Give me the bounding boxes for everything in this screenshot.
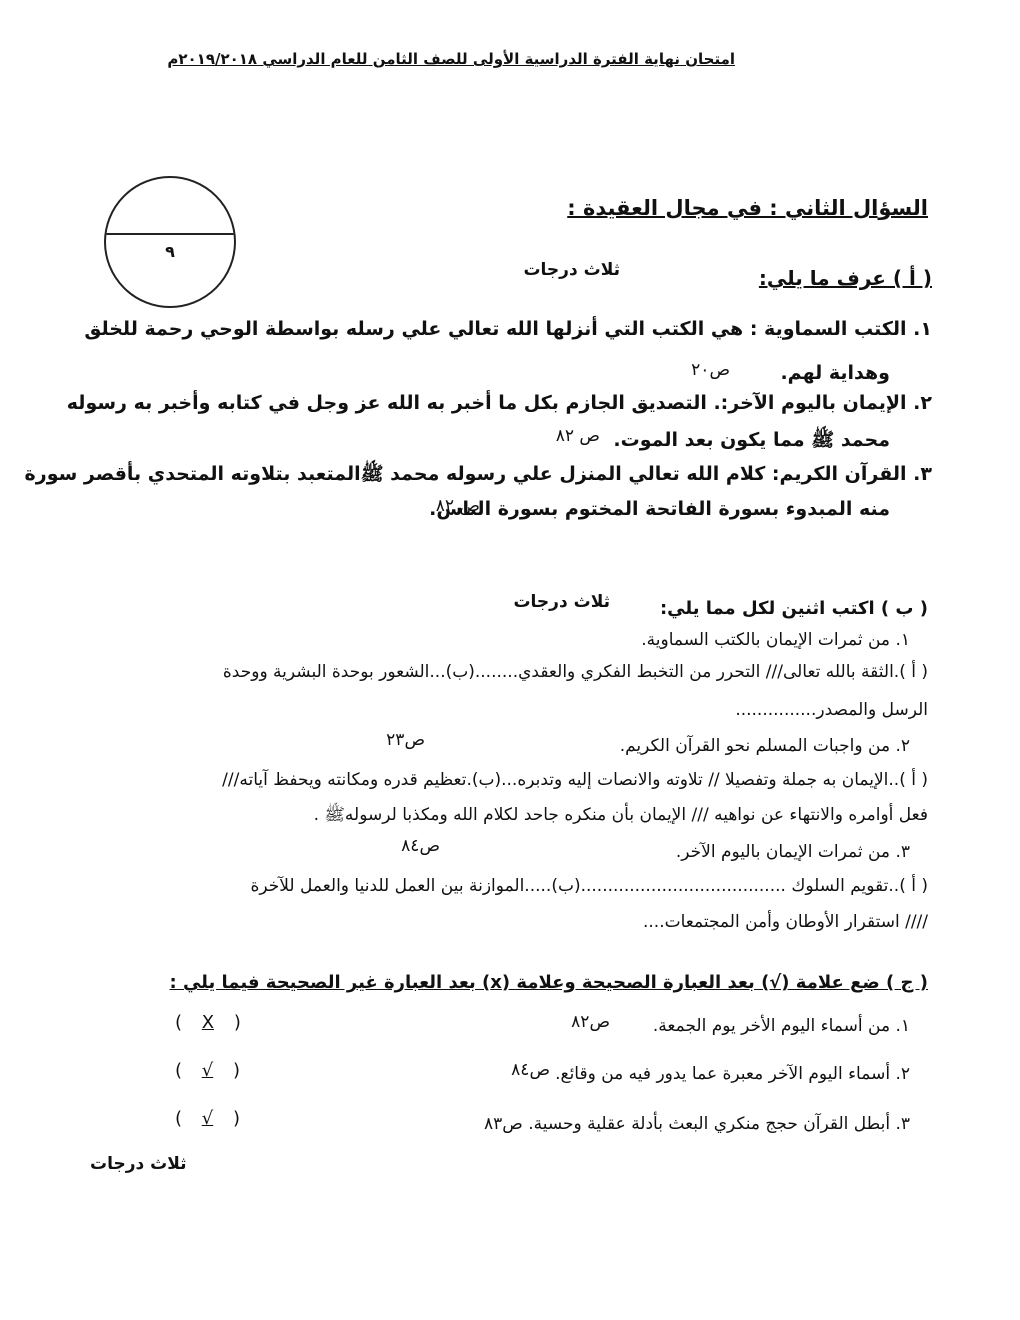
def-2-ref: ص ٨٢	[556, 426, 600, 446]
b-1-question: ١. من ثمرات الإيمان بالكتب السماوية.	[641, 630, 910, 650]
def-3-ref: ص ٨٢	[436, 496, 480, 516]
def-2-line1: ٢. الإيمان باليوم الآخر:. التصديق الجازم…	[67, 392, 932, 414]
c-2-answer: √	[188, 1060, 227, 1081]
section-c-title: ( ج ) ضع علامة (√) بعد العبارة الصحيحة و…	[170, 972, 929, 993]
b-2-ref: ص٢٣	[386, 730, 425, 750]
section-b-marks: ثلاث درجات	[513, 592, 610, 612]
section-c-marks: ثلاث درجات	[90, 1154, 187, 1174]
b-3-question: ٣. من ثمرات الإيمان باليوم الآخر.	[676, 842, 910, 862]
section-a-title: ( أ ) عرف ما يلي:	[759, 266, 932, 290]
b-2-question: ٢. من واجبات المسلم نحو القرآن الكريم.	[620, 736, 910, 756]
def-3-line1: ٣. القرآن الكريم: كلام الله تعالي المنزل…	[25, 462, 932, 490]
score-divider	[106, 233, 234, 235]
score-circle: ٩	[104, 176, 236, 308]
section-b-title: ( ب ) اكتب اثنين لكل مما يلي:	[660, 598, 928, 619]
def-2-line2: محمد ﷺ مما يكون بعد الموت.	[613, 428, 890, 456]
c-2-statement: ٢. أسماء اليوم الآخر معبرة عما يدور فيه …	[555, 1064, 910, 1084]
c-3-answer: √	[188, 1108, 227, 1129]
b-1-answer2: الرسل والمصدر...............	[735, 700, 928, 720]
b-1-answer1: ( أ ).الثقة بالله تعالى/// التحرر من الت…	[223, 662, 928, 682]
section-a-marks: ثلاث درجات	[523, 260, 620, 280]
b-2-answer1: ( أ )..الإيمان به جملة وتفصيلا // تلاوته…	[222, 770, 928, 790]
def-3-line2: منه المبدوء بسورة الفاتحة المختوم بسورة …	[429, 498, 890, 520]
c-3-statement: ٣. أبطل القرآن حجج منكري البعث بأدلة عقل…	[484, 1114, 910, 1134]
def-1-line1: ١. الكتب السماوية : هي الكتب التي أنزلها…	[84, 318, 932, 340]
c-2-answer-box[interactable]: ( √ )	[175, 1060, 240, 1081]
b-2-answer2: فعل أوامره والانتهاء عن نواهيه /// الإيم…	[314, 804, 928, 829]
c-3-answer-box[interactable]: ( √ )	[175, 1108, 240, 1129]
score-value: ٩	[106, 242, 234, 261]
c-1-answer-box[interactable]: ( X )	[175, 1012, 241, 1033]
b-3-ref: ص٨٤	[401, 836, 440, 856]
c-2-ref: ص٨٤	[511, 1060, 550, 1080]
c-1-ref: ص٨٢	[571, 1012, 610, 1032]
def-1-ref: ص٢٠	[691, 360, 730, 380]
c-1-statement: ١. من أسماء اليوم الأخر يوم الجمعة.	[653, 1016, 910, 1036]
b-3-answer2: //// استقرار الأوطان وأمن المجتمعات....	[643, 912, 928, 932]
exam-title: امتحان نهاية الفترة الدراسية الأولى للصف…	[167, 50, 735, 68]
b-3-answer1: ( أ )..تقويم السلوك ....................…	[250, 876, 928, 896]
c-1-answer: X	[188, 1012, 228, 1033]
def-1-line2: وهداية لهم.	[780, 362, 890, 384]
question-title: السؤال الثاني : في مجال العقيدة :	[567, 196, 928, 220]
